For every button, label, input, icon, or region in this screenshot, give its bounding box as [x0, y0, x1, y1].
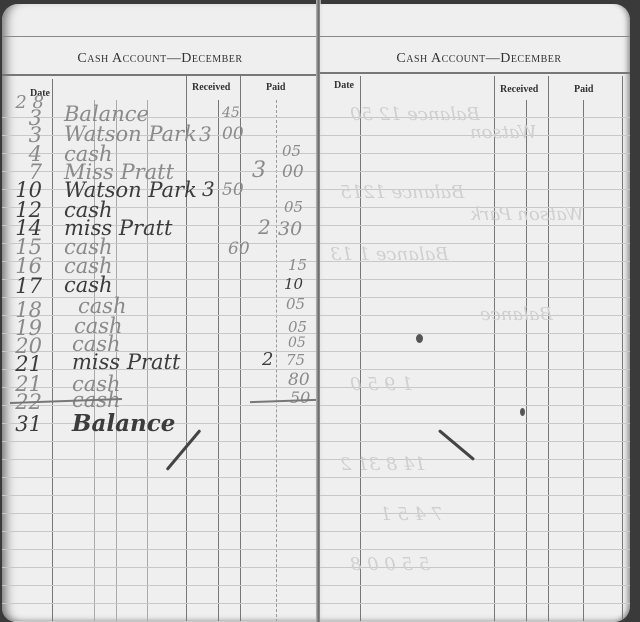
ink-blot: [416, 334, 423, 343]
received-column-header: Received: [192, 82, 230, 93]
paid-column-header: Paid: [574, 84, 593, 95]
entry-date: 17: [2, 276, 42, 297]
entry-received-cents: 45: [222, 106, 240, 120]
entry-paid-cents: 00: [282, 164, 304, 181]
entry-paid-cents: 05: [282, 144, 301, 159]
entry-description: cash: [64, 275, 113, 296]
paid-column-header: Paid: [266, 82, 285, 93]
entry-paid-cents: 75: [286, 353, 305, 368]
page-title: Cash Account—December: [2, 51, 318, 67]
left-page: Cash Account—December Date Received Paid…: [2, 4, 318, 622]
entry-paid-cents: 05: [288, 336, 306, 350]
entry-paid-cents: 10: [284, 277, 303, 292]
date-column-header: Date: [334, 80, 354, 91]
entry-received-cents: 60: [228, 241, 250, 258]
entry-paid-cents: 30: [278, 220, 302, 239]
top-rule: [320, 36, 630, 37]
entry-description: miss Pratt: [72, 352, 180, 373]
received-column-header: Received: [500, 84, 538, 95]
entry-paid-dollars: 2: [262, 351, 273, 369]
entry-received-cents: 00: [222, 126, 244, 143]
entry-description: Balance: [72, 412, 175, 435]
entry-paid-cents: 80: [288, 372, 310, 389]
entry-paid-cents: 05: [286, 297, 305, 312]
entry-received-dollars: 3: [202, 179, 215, 199]
top-rule: [2, 36, 318, 37]
ink-blot: [520, 408, 525, 416]
entry-paid-cents: 50: [290, 390, 310, 406]
entry-received-dollars: 3: [199, 124, 212, 144]
ruled-lines: [320, 100, 630, 622]
page-title: Cash Account—December: [328, 51, 630, 67]
header-rule: [320, 72, 630, 74]
entry-paid-dollars: 3: [252, 160, 266, 182]
header-rule: [2, 74, 318, 76]
entry-received-cents: 50: [222, 182, 244, 199]
entry-paid-cents: 05: [284, 200, 303, 215]
entry-paid-cents: 05: [288, 320, 307, 335]
right-page: Cash Account—December Date Received Paid…: [320, 4, 630, 622]
entry-paid-dollars: 2: [258, 217, 271, 237]
entry-date: 31: [2, 414, 42, 435]
entry-paid-cents: 15: [288, 258, 307, 273]
ledger-book: Cash Account—December Date Received Paid…: [0, 0, 640, 622]
